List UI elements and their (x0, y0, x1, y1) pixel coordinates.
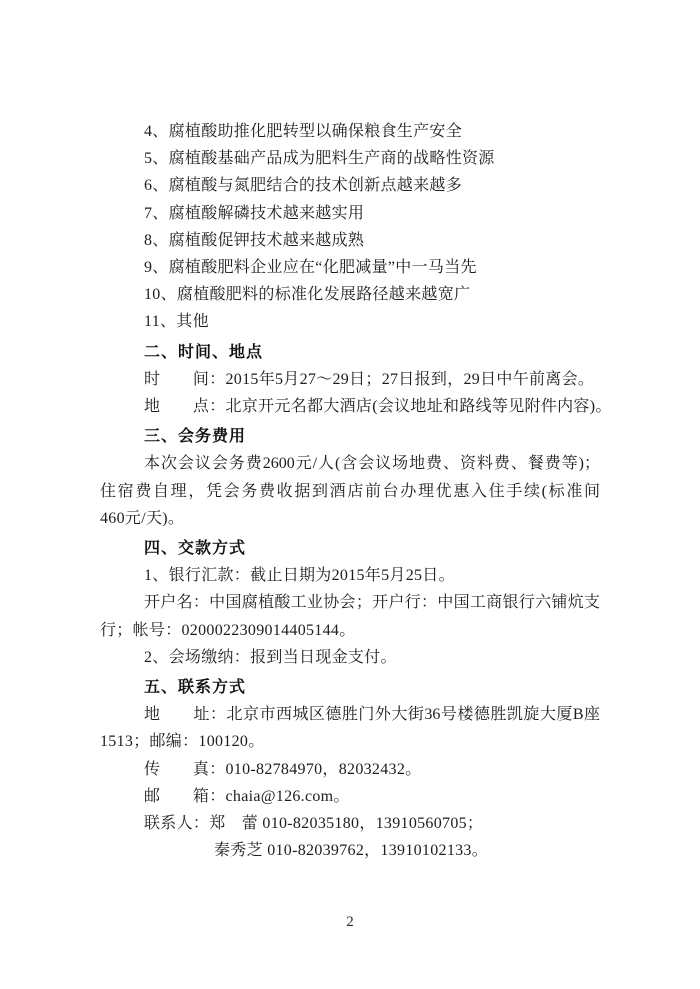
fee-line-1: 本次会议会务费2600元/人(含会议场地费、资料费、餐费等)； (100, 450, 600, 477)
list-item-10: 10、腐植酸肥料的标准化发展路径越来越宽广 (100, 281, 600, 308)
account-line-2: 行；帐号：0200022309014405144。 (100, 617, 600, 644)
time-line: 时 间：2015年5月27～29日；27日报到，29日中午前离会。 (100, 366, 600, 393)
fax-line: 传 真：010-82784970，82032432。 (100, 756, 600, 783)
page-number: 2 (0, 912, 700, 932)
list-item-5: 5、腐植酸基础产品成为肥料生产商的战略性资源 (100, 145, 600, 172)
payment-bank-line: 1、银行汇款：截止日期为2015年5月25日。 (100, 562, 600, 589)
address-line-2: 1513；邮编：100120。 (100, 728, 600, 755)
contact-person-line-2: 秦秀芝 010-82039762，13910102133。 (100, 837, 600, 864)
fee-line-2: 住宿费自理，凭会务费收据到酒店前台办理优惠入住手续(标准间 (100, 478, 600, 505)
list-item-6: 6、腐植酸与氮肥结合的技术创新点越来越多 (100, 172, 600, 199)
address-line-1: 地 址：北京市西城区德胜门外大街36号楼德胜凯旋大厦B座 (100, 701, 600, 728)
list-item-9: 9、腐植酸肥料企业应在“化肥减量”中一马当先 (100, 254, 600, 281)
document-page: 4、腐植酸助推化肥转型以确保粮食生产安全5、腐植酸基础产品成为肥料生产商的战略性… (0, 0, 700, 989)
account-line-1: 开户名：中国腐植酸工业协会；开户行：中国工商银行六铺炕支 (100, 589, 600, 616)
list-item-7: 7、腐植酸解磷技术越来越实用 (100, 200, 600, 227)
location-line: 地 点：北京开元名都大酒店(会议地址和路线等见附件内容)。 (100, 393, 600, 420)
section-heading-conference-fee: 三、会务费用 (100, 423, 600, 450)
list-item-8: 8、腐植酸促钾技术越来越成熟 (100, 227, 600, 254)
fee-line-3: 460元/天)。 (100, 505, 600, 532)
payment-onsite-line: 2、会场缴纳：报到当日现金支付。 (100, 644, 600, 671)
list-item-11: 11、其他 (100, 308, 600, 335)
email-line: 邮 箱：chaia@126.com。 (100, 783, 600, 810)
section-heading-time-location: 二、时间、地点 (100, 339, 600, 366)
section-heading-contact: 五、联系方式 (100, 674, 600, 701)
contact-person-line-1: 联系人：郑 蕾 010-82035180，13910560705； (100, 810, 600, 837)
section-heading-payment: 四、交款方式 (100, 535, 600, 562)
list-item-4: 4、腐植酸助推化肥转型以确保粮食生产安全 (100, 118, 600, 145)
document-body: 4、腐植酸助推化肥转型以确保粮食生产安全5、腐植酸基础产品成为肥料生产商的战略性… (100, 118, 600, 864)
